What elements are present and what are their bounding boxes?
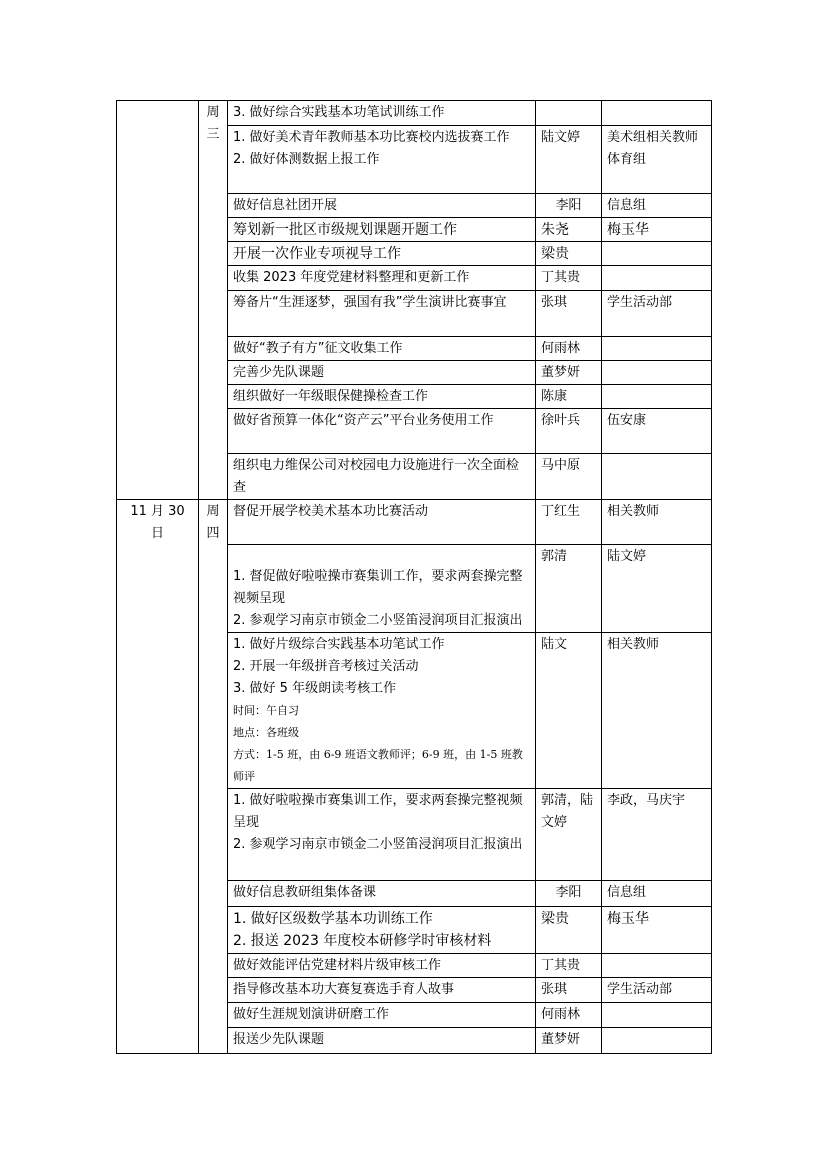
task-text: 筹备片“生涯逐梦，强国有我”学生演讲比赛事宜 [233, 292, 530, 314]
task-text: 1. 做好啦啦操市赛集训工作，要求两套操完整视频呈现 [233, 790, 530, 834]
owner-cell: 董梦妍 [536, 361, 602, 385]
owner-cell: 丁红生 [536, 500, 602, 545]
task-text: 1. 督促做好啦啦操市赛集训工作，要求两套操完整视频呈现 [233, 566, 530, 610]
assist-cell: 相关教师 [602, 633, 712, 789]
task-cell: 指导修改基本功大赛复赛选手育人故事 [228, 978, 536, 1003]
owner-cell: 徐叶兵 [536, 409, 602, 454]
task-text: 2. 报送 2023 年度校本研修学时审核材料 [233, 930, 530, 952]
task-cell: 组织电力维保公司对校园电力设施进行一次全面检查 [228, 454, 536, 500]
owner-cell: 张琪 [536, 978, 602, 1003]
weekday-char: 四 [204, 523, 222, 545]
task-text: 完善少先队课题 [233, 362, 530, 384]
task-cell: 做好省预算一体化“资产云”平台业务使用工作 [228, 409, 536, 454]
task-text: 组织做好一年级眼保健操检查工作 [233, 386, 530, 408]
owner-cell: 李阳 [536, 194, 602, 218]
owner-cell: 陆文 [536, 633, 602, 789]
assist-cell: 信息组 [602, 881, 712, 907]
weekday-cell: 周 四 [199, 500, 228, 1054]
task-text: 督促开展学校美术基本功比赛活动 [233, 501, 530, 523]
task-cell: 开展一次作业专项视导工作 [228, 242, 536, 266]
assist-cell: 相关教师 [602, 500, 712, 545]
assist-cell [602, 361, 712, 385]
task-text: 筹划新一批区市级规划课题开题工作 [233, 219, 530, 241]
assist-cell: 信息组 [602, 194, 712, 218]
task-text: 开展一次作业专项视导工作 [233, 243, 530, 265]
owner-cell: 朱尧 [536, 218, 602, 242]
assist-cell [602, 266, 712, 291]
task-cell: 3. 做好综合实践基本功笔试训练工作 [228, 101, 536, 126]
assist-cell: 梅玉华 [602, 907, 712, 954]
task-cell: 做好效能评估党建材料片级审核工作 [228, 954, 536, 978]
owner-cell: 何雨林 [536, 1003, 602, 1028]
assist-cell: 学生活动部 [602, 291, 712, 337]
task-text: 3. 做好 5 年级朗读考核工作 [233, 678, 530, 700]
assist-cell [602, 337, 712, 361]
weekly-schedule-table: 周 三 3. 做好综合实践基本功笔试训练工作 1. 做好美术青年教师基本功比赛校… [116, 100, 712, 1054]
task-text: 做好效能评估党建材料片级审核工作 [233, 955, 530, 977]
owner-cell: 董梦妍 [536, 1028, 602, 1054]
task-text: 3. 做好综合实践基本功笔试训练工作 [233, 102, 530, 124]
task-cell: 组织做好一年级眼保健操检查工作 [228, 385, 536, 409]
task-cell: 1. 督促做好啦啦操市赛集训工作，要求两套操完整视频呈现 2. 参观学习南京市锁… [228, 545, 536, 633]
owner-cell: 郭清，陆文婷 [536, 789, 602, 881]
assist-cell: 陆文婷 [602, 545, 712, 633]
task-cell: 做好生涯规划演讲研磨工作 [228, 1003, 536, 1028]
task-text: 1. 做好美术青年教师基本功比赛校内选拔赛工作 [233, 127, 530, 149]
task-cell: 1. 做好啦啦操市赛集训工作，要求两套操完整视频呈现 2. 参观学习南京市锁金二… [228, 789, 536, 881]
assist-text: 美术组相关教师 [607, 127, 706, 149]
owner-cell: 何雨林 [536, 337, 602, 361]
assist-cell [602, 385, 712, 409]
assist-cell: 李政，马庆宇 [602, 789, 712, 881]
owner-cell: 陈康 [536, 385, 602, 409]
task-text: 1. 做好片级综合实践基本功笔试工作 [233, 634, 530, 656]
task-cell: 督促开展学校美术基本功比赛活动 [228, 500, 536, 545]
table-row: 周 三 3. 做好综合实践基本功笔试训练工作 [117, 101, 712, 126]
task-text: 2. 参观学习南京市锁金二小竖笛浸润项目汇报演出 [233, 610, 530, 632]
task-cell: 收集 2023 年度党建材料整理和更新工作 [228, 266, 536, 291]
task-cell: 筹划新一批区市级规划课题开题工作 [228, 218, 536, 242]
task-text: 2. 开展一年级拼音考核过关活动 [233, 656, 530, 678]
task-cell: 筹备片“生涯逐梦，强国有我”学生演讲比赛事宜 [228, 291, 536, 337]
assist-cell [602, 954, 712, 978]
task-text: 报送少先队课题 [233, 1029, 530, 1051]
weekday-char: 三 [204, 124, 222, 146]
task-cell: 报送少先队课题 [228, 1028, 536, 1054]
document-page: 周 三 3. 做好综合实践基本功笔试训练工作 1. 做好美术青年教师基本功比赛校… [0, 0, 827, 1170]
owner-cell: 丁其贵 [536, 266, 602, 291]
task-cell: 1. 做好美术青年教师基本功比赛校内选拔赛工作 2. 做好体测数据上报工作 [228, 126, 536, 194]
assist-cell [602, 242, 712, 266]
owner-cell: 马中原 [536, 454, 602, 500]
task-text: 做好信息教研组集体备课 [233, 882, 530, 904]
task-note: 时间：午自习 [233, 700, 530, 722]
assist-cell: 学生活动部 [602, 978, 712, 1003]
assist-cell: 美术组相关教师 体育组 [602, 126, 712, 194]
assist-cell [602, 1003, 712, 1028]
date-cell: 11 月 30 日 [117, 500, 199, 1054]
weekday-cell: 周 三 [199, 101, 228, 500]
owner-cell: 李阳 [536, 881, 602, 907]
owner-cell: 郭清 [536, 545, 602, 633]
owner-cell: 丁其贵 [536, 954, 602, 978]
task-text: 收集 2023 年度党建材料整理和更新工作 [233, 267, 530, 289]
task-text: 做好生涯规划演讲研磨工作 [233, 1004, 530, 1026]
owner-cell: 陆文婷 [536, 126, 602, 194]
task-cell: 完善少先队课题 [228, 361, 536, 385]
task-note: 方式：1-5 班，由 6-9 班语文教师评；6-9 班，由 1-5 班教师评 [233, 744, 530, 788]
weekday-char: 周 [204, 501, 222, 523]
task-cell: 做好信息社团开展 [228, 194, 536, 218]
owner-cell [536, 101, 602, 126]
task-text: 做好省预算一体化“资产云”平台业务使用工作 [233, 410, 530, 432]
task-cell: 做好“教子有方”征文收集工作 [228, 337, 536, 361]
owner-cell: 梁贵 [536, 242, 602, 266]
task-text: 指导修改基本功大赛复赛选手育人故事 [233, 979, 530, 1001]
assist-text: 体育组 [607, 149, 706, 171]
assist-cell [602, 101, 712, 126]
table-row: 11 月 30 日 周 四 督促开展学校美术基本功比赛活动 丁红生 相关教师 [117, 500, 712, 545]
assist-cell: 伍安康 [602, 409, 712, 454]
owner-cell: 张琪 [536, 291, 602, 337]
task-text: 1. 做好区级数学基本功训练工作 [233, 908, 530, 930]
task-text: 2. 参观学习南京市锁金二小竖笛浸润项目汇报演出 [233, 834, 530, 856]
task-cell: 1. 做好片级综合实践基本功笔试工作 2. 开展一年级拼音考核过关活动 3. 做… [228, 633, 536, 789]
date-cell [117, 101, 199, 500]
owner-cell: 梁贵 [536, 907, 602, 954]
task-cell: 做好信息教研组集体备课 [228, 881, 536, 907]
task-text: 组织电力维保公司对校园电力设施进行一次全面检查 [233, 455, 530, 499]
assist-cell [602, 1028, 712, 1054]
task-text: 2. 做好体测数据上报工作 [233, 149, 530, 171]
assist-cell [602, 454, 712, 500]
assist-cell: 梅玉华 [602, 218, 712, 242]
task-note: 地点：各班级 [233, 722, 530, 744]
task-text: 做好“教子有方”征文收集工作 [233, 338, 530, 360]
task-text: 做好信息社团开展 [233, 195, 530, 217]
task-cell: 1. 做好区级数学基本功训练工作 2. 报送 2023 年度校本研修学时审核材料 [228, 907, 536, 954]
weekday-char: 周 [204, 102, 222, 124]
